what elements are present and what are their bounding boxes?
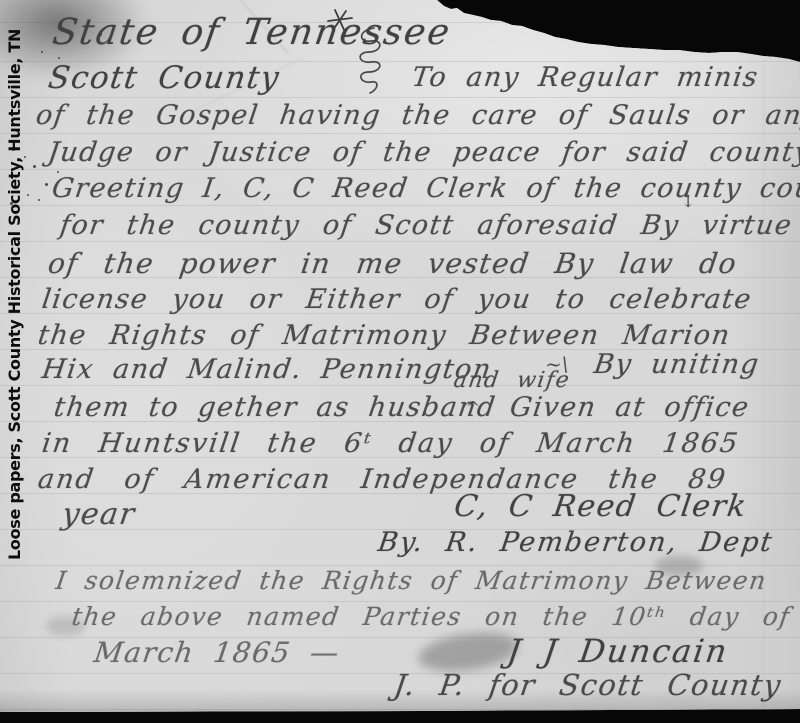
archive-label: Loose papers, Scott County Historical So… [5,68,35,560]
ink-speck [41,51,43,53]
line-pemberton-deputy: By. R. Pemberton, Dept [376,527,776,558]
line-for-the-county: for the county of Scott aforesaid By vir… [58,210,795,241]
line-license-you: license you or Either of you to celebrat… [40,284,754,315]
line-greeting-clerk: Greeting I, C, C Reed Clerk of the count… [50,173,800,204]
scanned-document-photo: Loose papers, Scott County Historical So… [0,0,800,723]
bottom-edge-shadow [0,689,800,715]
line-by-uniting: By uniting [592,349,762,380]
paper-sheet: Loose papers, Scott County Historical So… [0,0,800,723]
line-scott-county: Scott County [46,60,282,96]
line-to-any-regular: To any Regular minis [410,62,761,93]
line-solemnized: I solemnized the Rights of Matrimony Bet… [54,566,769,595]
line-given-at-office: Given at office [508,392,752,423]
line-of-the-power: of the power in me vested By law do [46,247,740,280]
ink-speck [58,57,60,59]
ink-speck [45,183,48,186]
ink-speck [38,199,40,201]
line-state-of-tennessee: State of Tennessee [50,12,454,53]
line-hix-and-malind: Hix and Malind. Pennington [40,354,494,385]
line-them-together: them to gether as husband [52,392,498,423]
line-cc-reed-clerk-signature: C, C Reed Clerk [452,489,750,524]
line-judge-or-justice: Judge or Justice of the peace for said c… [46,137,800,168]
line-year: year [60,497,138,532]
line-and-wife-insertion: and wife [452,368,572,393]
line-rights-of-matrimony: the Rights of Matrimony Between Marion [36,320,733,351]
line-above-named-parties: the above named Parties on the 10ᵗʰ day … [70,602,792,631]
line-duncain-signature: J J Duncain [505,632,731,670]
line-march-1865: March 1865 — [92,636,342,669]
line-in-huntsvill-date: in Huntsvill the 6ᵗ day of March 1865 [40,428,741,459]
line-of-the-gospel: of the Gospel having the care of Sauls o… [34,100,800,131]
